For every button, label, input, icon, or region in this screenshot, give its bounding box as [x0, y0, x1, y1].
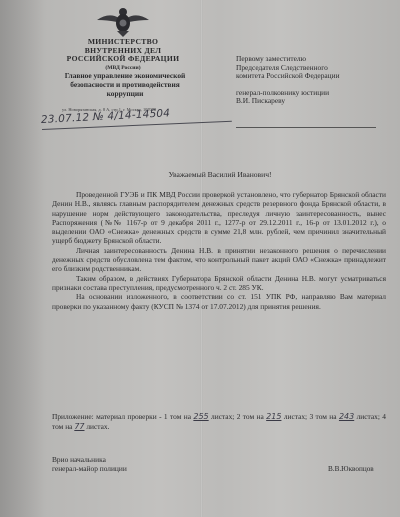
attachment-prefix: Приложение: материал проверки - 1 том на: [52, 412, 191, 421]
letter-body: Проведенной ГУЭБ и ПК МВД России проверк…: [52, 190, 386, 311]
signer-title-line: генерал-майор полиции: [52, 464, 127, 473]
attachment-suffix: листах.: [86, 422, 109, 431]
attachment-text: листах; 2 том на: [211, 412, 264, 421]
vol1-pages: 255: [193, 412, 208, 421]
attachment-text: листах; 3 том на: [284, 412, 337, 421]
ministry-line: РОССИЙСКОЙ ФЕДЕРАЦИИ: [60, 55, 186, 64]
body-paragraph: Проведенной ГУЭБ и ПК МВД России проверк…: [52, 190, 386, 246]
attachment-note: Приложение: материал проверки - 1 том на…: [52, 412, 386, 432]
department-name: Главное управление экономической безопас…: [50, 72, 200, 98]
vol3-pages: 243: [339, 412, 354, 421]
department-line: коррупции: [50, 90, 200, 99]
signer-name: В.В.Юквопцов: [328, 465, 374, 473]
addressee-line: комитета Российской Федерации: [236, 72, 396, 81]
mvd-eagle-emblem-icon: [95, 4, 151, 38]
ministry-name: МИНИСТЕРСТВО ВНУТРЕННИХ ДЕЛ РОССИЙСКОЙ Ф…: [60, 38, 186, 72]
vol2-pages: 215: [266, 412, 281, 421]
body-paragraph: На основании изложенного, в соответствии…: [52, 292, 386, 311]
signer-title-line: Врио начальника: [52, 455, 127, 464]
vol4-pages: 77: [74, 422, 84, 431]
paper-shadow: [0, 0, 45, 517]
addressee-block: Первому заместителю Председателя Следств…: [236, 55, 396, 106]
outgoing-reference: 23.07.12 № 4/14-14504: [41, 107, 171, 126]
body-paragraph: Личная заинтересованность Денина Н.В. в …: [52, 246, 386, 274]
greeting: Уважаемый Василий Иванович!: [40, 170, 400, 179]
body-paragraph: Таким образом, в действиях Губернатора Б…: [52, 274, 386, 293]
addressee-divider: [236, 127, 376, 128]
addressee-name: В.И. Пискареву: [236, 97, 396, 106]
signer-title: Врио начальника генерал-майор полиции: [52, 455, 127, 474]
